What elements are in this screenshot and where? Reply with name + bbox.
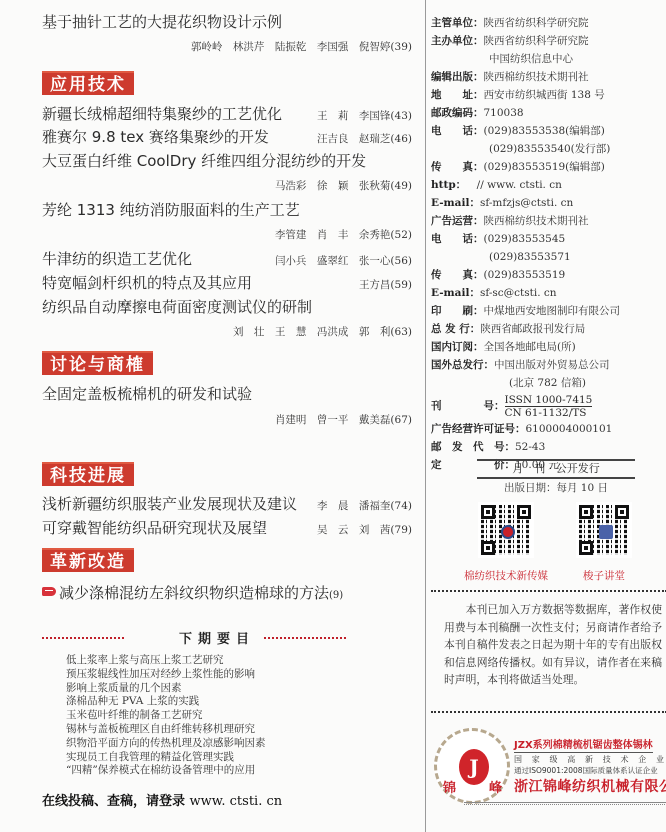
info-value: 中国出版对外贸易总公司 xyxy=(494,356,610,374)
next-issue-header: 下期要目 xyxy=(42,628,342,648)
ad-certification: 通过ISO9001:2008国际质量体系认证企业 xyxy=(514,765,658,776)
list-item: 涤棉品种无 PVA 上浆的实践 xyxy=(66,695,266,709)
ad-company-name: 浙江锦峰纺织机械有限公司 xyxy=(514,776,666,796)
list-item: 影响上浆质量的几个因素 xyxy=(66,682,266,696)
tagline-char: 家 xyxy=(532,754,540,765)
qr-logo-icon xyxy=(501,525,515,539)
qr-logo-icon xyxy=(599,525,613,539)
article-title-text: 减少涤棉混纺左斜纹织物织造棉球的方法 xyxy=(59,584,329,602)
info-row: 广告经营许可证号：6100004000101 xyxy=(431,420,666,438)
info-row: 主管单位：陕西省纺织科学研究院 xyxy=(431,14,666,32)
cn-number: CN 61-1132/TS xyxy=(505,407,593,419)
info-value: 中煤地西安地图制印有限公司 xyxy=(484,302,621,320)
info-label: 总 发 行： xyxy=(431,320,480,338)
toc-article[interactable]: 新疆长绒棉超细特集聚纱的工艺优化 王 莉 李国锋(43) xyxy=(42,104,412,124)
qr-finder xyxy=(579,505,593,519)
issn-number: ISSN 1000-7415 xyxy=(505,394,593,407)
info-value: 52-43 xyxy=(515,438,545,456)
toc-article[interactable]: 雅赛尔 9.8 tex 赛络集聚纱的开发 汪吉良 赵瑞芝(46) xyxy=(42,127,412,147)
qr-caption: 棉纺织技术新传媒 xyxy=(464,568,548,583)
article-authors: 肖建明 曾一平 戴美磊(67) xyxy=(275,412,412,427)
toc-article[interactable]: 纺织品自动摩擦电荷面密度测试仪的研制 刘 壮 王 慧 冯洪成 郭 利(63) xyxy=(42,297,412,317)
list-item: 锡林与盖板梳理区自由纤维转移机理研究 xyxy=(66,723,266,737)
list-item: 预压浆辊线性加压对经纱上浆性能的影响 xyxy=(66,668,266,682)
ad-tagline: 国 家 级 高 新 技 术 企 业 xyxy=(514,754,664,765)
next-issue-list: 低上浆率上浆与高压上浆工艺研究 预压浆辊线性加压对经纱上浆性能的影响 影响上浆质… xyxy=(66,654,266,778)
tagline-char: 级 xyxy=(550,754,558,765)
website-link[interactable]: // www. ctsti. cn xyxy=(466,176,562,194)
info-row: http： // www. ctsti. cn xyxy=(431,176,666,194)
article-title: 全固定盖板梳棉机的研发和试验 xyxy=(42,384,412,404)
logo-text: 峰 xyxy=(489,777,502,796)
decorative-divider xyxy=(431,711,666,713)
info-row: 总 发 行：陕西省邮政报刊发行局 xyxy=(431,320,666,338)
info-label: 电 话： xyxy=(431,230,484,248)
info-value: (029)83553571 xyxy=(431,248,666,266)
logo-text: 锦 xyxy=(443,777,456,796)
info-label: 传 真： xyxy=(431,158,484,176)
tagline-char: 企 xyxy=(638,754,646,765)
tagline-char: 高 xyxy=(567,754,575,765)
toc-article[interactable]: 特宽幅剑杆织机的特点及其应用 王方昌(59) xyxy=(42,273,412,293)
article-authors: 李 晨 潘福奎(74) xyxy=(317,498,412,513)
list-item: “四精”保养模式在棉纺设备管理中的应用 xyxy=(66,764,266,778)
masthead-info: 主管单位：陕西省纺织科学研究院 主办单位：陕西省纺织科学研究院 中国纺织信息中心… xyxy=(431,14,666,474)
info-value: 陕西省邮政报刊发行局 xyxy=(480,320,585,338)
issn-row: 刊 号： ISSN 1000-7415 CN 61-1132/TS xyxy=(431,392,666,420)
decorative-divider xyxy=(42,637,124,639)
section-badge-innovation: 革新改造 xyxy=(42,548,134,572)
info-label: 主管单位： xyxy=(431,14,484,32)
qr-caption: 梭子讲堂 xyxy=(583,568,625,583)
section-badge-discussion: 讨论与商榷 xyxy=(42,351,153,375)
info-label: E-mail： xyxy=(431,194,480,212)
list-item: 织物沿平面方向的传热机理及凉感影响因素 xyxy=(66,737,266,751)
info-value: 全国各地邮电局(所) xyxy=(484,338,576,356)
info-label: 电 话： xyxy=(431,122,484,140)
company-logo: J 锦 峰 xyxy=(434,728,510,804)
info-row: 地 址：西安市纺织城西街 138 号 xyxy=(431,86,666,104)
article-title: 特宽幅剑杆织机的特点及其应用 xyxy=(42,273,412,293)
info-label: 国外总发行： xyxy=(431,356,494,374)
info-row: 电 话：(029)83553538(编辑部) xyxy=(431,122,666,140)
info-row: 国外总发行：中国出版对外贸易总公司 xyxy=(431,356,666,374)
masthead-column: 主管单位：陕西省纺织科学研究院 主办单位：陕西省纺织科学研究院 中国纺织信息中心… xyxy=(425,0,666,832)
info-row: E-mail：sf-sc@ctsti. cn xyxy=(431,284,666,302)
info-value: 陕西棉纺织技术期刊社 xyxy=(484,212,589,230)
info-value: (029)83553519 xyxy=(484,266,566,284)
article-authors: 吴 云 刘 茜(79) xyxy=(317,522,412,537)
info-value: 陕西棉纺织技术期刊社 xyxy=(484,68,589,86)
info-label: 地 址： xyxy=(431,86,484,104)
info-label: E-mail： xyxy=(431,284,480,302)
toc-article[interactable]: 大豆蛋白纤维 CoolDry 纤维四组分混纺纱的开发 马浩彩 徐 颖 张秋菊(4… xyxy=(42,151,412,171)
article-authors: 刘 壮 王 慧 冯洪成 郭 利(63) xyxy=(233,324,412,339)
section-badge-tech-progress: 科技进展 xyxy=(42,462,134,486)
info-row: 广告运营：陕西棉纺织技术期刊社 xyxy=(431,212,666,230)
tagline-char: 技 xyxy=(603,754,611,765)
article-title: 大豆蛋白纤维 CoolDry 纤维四组分混纺纱的开发 xyxy=(42,151,412,171)
article-authors: 王方昌(59) xyxy=(359,277,412,292)
info-value: (029)83553538(编辑部) xyxy=(484,122,605,140)
info-value: (029)83553519(编辑部) xyxy=(484,158,605,176)
decorative-divider xyxy=(431,590,666,592)
toc-article[interactable]: 可穿戴智能纺织品研究现状及展望 吴 云 刘 茜(79) xyxy=(42,518,412,538)
toc-article[interactable]: 浅析新疆纺织服装产业发展现状及建议 李 晨 潘福奎(74) xyxy=(42,494,412,514)
article-authors: 李管建 肖 丰 余秀艳(52) xyxy=(275,227,412,242)
toc-article[interactable]: 牛津纺的织造工艺优化 闫小兵 盛翠红 张一心(56) xyxy=(42,249,412,269)
info-row: E-mail：sf-mfzjs@ctsti. cn xyxy=(431,194,666,212)
info-label: 广告经营许可证号： xyxy=(431,420,526,438)
list-item: 玉米苞叶纤维的制备工艺研究 xyxy=(66,709,266,723)
logo-letter-icon: J xyxy=(459,749,489,785)
toc-article[interactable]: 基于抽针工艺的大提花织物设计示例 郭岭岭 林洪芹 陆振乾 李国强 倪智婷(39) xyxy=(42,12,412,52)
info-row: 主办单位：陕西省纺织科学研究院 xyxy=(431,32,666,50)
email-link[interactable]: sf-mfzjs@ctsti. cn xyxy=(480,194,573,212)
info-row: 编辑出版：陕西棉纺织技术期刊社 xyxy=(431,68,666,86)
info-label: 邮政编码： xyxy=(431,104,484,122)
info-value: 710038 xyxy=(484,104,524,122)
copyright-notice: 本刊已加入万方数据等数据库，著作权使用费与本刊稿酬一次性支付；另商请作者给予本刊… xyxy=(444,601,662,689)
publication-date: 出版日期：每月 10 日 xyxy=(477,480,635,495)
decorative-divider xyxy=(264,637,346,639)
online-submission: 在线投稿、查稿，请登录 www. ctsti. cn xyxy=(42,790,282,809)
online-submission-text: 在线投稿、查稿，请登录 xyxy=(42,794,185,809)
article-title: 基于抽针工艺的大提花织物设计示例 xyxy=(42,12,412,32)
info-value: 西安市纺织城西街 138 号 xyxy=(484,86,605,104)
article-title: 芳纶 1313 纯纺消防服面料的生产工艺 xyxy=(42,200,412,220)
pointing-hand-icon xyxy=(42,587,56,596)
article-authors: 马浩彩 徐 颖 张秋菊(49) xyxy=(275,178,412,193)
info-label: 国内订阅： xyxy=(431,338,484,356)
info-value: (029)83553545 xyxy=(484,230,566,248)
info-value: (北京 782 信箱) xyxy=(431,374,666,392)
website-link[interactable]: www. ctsti. cn xyxy=(190,794,283,809)
tagline-char: 新 xyxy=(585,754,593,765)
tagline-char: 业 xyxy=(656,754,664,765)
ad-headline: JZX系列棉精梳机锯齿整体锡林 xyxy=(514,736,653,753)
list-item: 低上浆率上浆与高压上浆工艺研究 xyxy=(66,654,266,668)
info-label: 编辑出版： xyxy=(431,68,484,86)
issn-fraction: ISSN 1000-7415 CN 61-1132/TS xyxy=(505,394,593,419)
info-row: 邮政编码：710038 xyxy=(431,104,666,122)
info-value: 中国纺织信息中心 xyxy=(431,50,666,68)
info-label: 广告运营： xyxy=(431,212,484,230)
next-issue-title: 下期要目 xyxy=(179,628,255,647)
info-value: 陕西省纺织科学研究院 xyxy=(484,32,589,50)
info-value: (029)83553540(发行部) xyxy=(431,140,666,158)
article-title: 减少涤棉混纺左斜纹织物织造棉球的方法(9) xyxy=(42,583,412,606)
email-link[interactable]: sf-sc@ctsti. cn xyxy=(480,284,557,302)
article-authors: 郭岭岭 林洪芹 陆振乾 李国强 倪智婷(39) xyxy=(191,39,412,54)
article-title: 纺织品自动摩擦电荷面密度测试仪的研制 xyxy=(42,297,412,317)
qr-finder xyxy=(579,541,593,555)
qr-code-icon[interactable] xyxy=(576,502,632,558)
article-page: (9) xyxy=(329,590,343,601)
info-row: 电 话：(029)83553545 xyxy=(431,230,666,248)
article-authors: 王 莉 李国锋(43) xyxy=(317,108,412,123)
info-row: 邮 发 代 号：52-43 xyxy=(431,438,666,456)
info-label: 主办单位： xyxy=(431,32,484,50)
toc-article[interactable]: 减少涤棉混纺左斜纹织物织造棉球的方法(9) xyxy=(42,583,412,606)
info-label: 传 真： xyxy=(431,266,484,284)
list-item: 实现员工自我管理的精益化管理实践 xyxy=(66,751,266,765)
info-label: 刊 号： xyxy=(431,397,505,415)
info-row: 传 真：(029)83553519 xyxy=(431,266,666,284)
info-row: 印 刷：中煤地西安地图制印有限公司 xyxy=(431,302,666,320)
info-row: 国内订阅：全国各地邮电局(所) xyxy=(431,338,666,356)
tagline-char: 国 xyxy=(514,754,522,765)
qr-finder xyxy=(517,505,531,519)
info-value: 6100004000101 xyxy=(526,420,613,438)
article-authors: 汪吉良 赵瑞芝(46) xyxy=(317,131,412,146)
info-label: 邮 发 代 号： xyxy=(431,438,515,456)
info-label: http： xyxy=(431,176,466,194)
section-badge-applied-tech: 应用技术 xyxy=(42,71,134,95)
advertisement[interactable]: J 锦 峰 JZX系列棉精梳机锯齿整体锡林 国 家 级 高 新 技 术 企 业 … xyxy=(434,728,666,804)
decorative-divider xyxy=(464,802,666,805)
toc-article[interactable]: 全固定盖板梳棉机的研发和试验 肖建明 曾一平 戴美磊(67) xyxy=(42,384,412,404)
info-row: 传 真：(029)83553519(编辑部) xyxy=(431,158,666,176)
article-authors: 闫小兵 盛翠红 张一心(56) xyxy=(275,253,412,268)
frequency-banner: 月 刊 · 公开发行 xyxy=(477,459,635,479)
info-value: 陕西省纺织科学研究院 xyxy=(484,14,589,32)
qr-finder xyxy=(481,505,495,519)
qr-finder xyxy=(481,541,495,555)
qr-code-icon[interactable] xyxy=(478,502,534,558)
qr-finder xyxy=(615,505,629,519)
info-label: 印 刷： xyxy=(431,302,484,320)
tagline-char: 术 xyxy=(621,754,629,765)
toc-article[interactable]: 芳纶 1313 纯纺消防服面料的生产工艺 李管建 肖 丰 余秀艳(52) xyxy=(42,200,412,220)
